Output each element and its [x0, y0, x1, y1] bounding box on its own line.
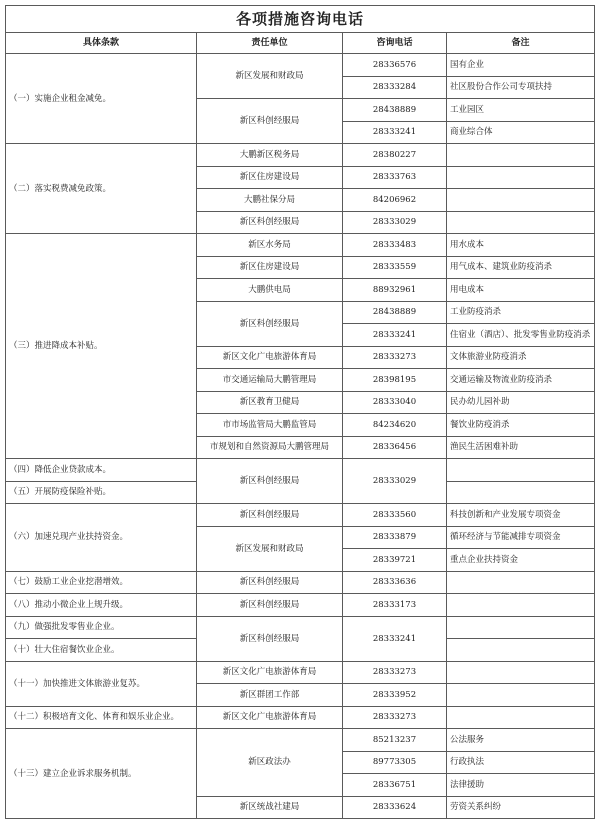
note-cell	[447, 189, 595, 212]
note-cell: 重点企业扶持资金	[447, 549, 595, 572]
phone-cell: 28333029	[343, 459, 447, 504]
phone-cell: 28333763	[343, 166, 447, 189]
contact-table: 各项措施咨询电话 具体条款 责任单位 咨询电话 备注 （一）实施企业租金减免。新…	[5, 5, 595, 819]
unit-cell: 新区住房建设局	[197, 256, 343, 279]
note-cell	[447, 211, 595, 234]
note-cell: 文体旅游业防疫消杀	[447, 346, 595, 369]
phone-cell: 28333636	[343, 571, 447, 594]
note-cell: 法律援助	[447, 774, 595, 797]
phone-cell: 28333559	[343, 256, 447, 279]
note-cell	[447, 639, 595, 662]
phone-cell: 28333273	[343, 661, 447, 684]
phone-cell: 28333173	[343, 594, 447, 617]
unit-cell: 市交通运输局大鹏管理局	[197, 369, 343, 392]
note-cell: 行政执法	[447, 751, 595, 774]
clause-cell: （十一）加快推进文体旅游业复苏。	[6, 661, 197, 706]
clause-cell: （三）推进降成本补贴。	[6, 234, 197, 459]
phone-cell: 28333040	[343, 391, 447, 414]
unit-cell: 新区水务局	[197, 234, 343, 257]
note-cell: 用水成本	[447, 234, 595, 257]
phone-cell: 28398195	[343, 369, 447, 392]
note-cell	[447, 481, 595, 504]
note-cell: 用电成本	[447, 279, 595, 302]
clause-cell: （六）加速兑现产业扶持资金。	[6, 504, 197, 572]
phone-cell: 28438889	[343, 301, 447, 324]
note-cell: 民办幼儿园补助	[447, 391, 595, 414]
note-cell: 社区股份合作公司专项扶持	[447, 76, 595, 99]
unit-cell: 新区文化广电旅游体育局	[197, 706, 343, 729]
table-row: （九）做强批发零售业企业。新区科创经服局28333241	[6, 616, 595, 639]
note-cell: 科技创新和产业发展专项资金	[447, 504, 595, 527]
unit-cell: 新区政法办	[197, 729, 343, 797]
clause-cell: （十三）建立企业诉求服务机制。	[6, 729, 197, 819]
phone-cell: 28333241	[343, 616, 447, 661]
clause-cell: （九）做强批发零售业企业。	[6, 616, 197, 639]
unit-cell: 新区科创经服局	[197, 594, 343, 617]
note-cell	[447, 571, 595, 594]
note-cell	[447, 616, 595, 639]
phone-cell: 28333241	[343, 121, 447, 144]
phone-cell: 28438889	[343, 99, 447, 122]
phone-cell: 28333241	[343, 324, 447, 347]
clause-cell: （八）推动小微企业上规升级。	[6, 594, 197, 617]
note-cell: 餐饮业防疫消杀	[447, 414, 595, 437]
note-cell: 渔民生活困难补助	[447, 436, 595, 459]
clause-cell: （七）鼓励工业企业挖潜增效。	[6, 571, 197, 594]
unit-cell: 新区科创经服局	[197, 504, 343, 527]
clause-cell: （五）开展防疫保险补贴。	[6, 481, 197, 504]
note-cell: 工业防疫消杀	[447, 301, 595, 324]
note-cell	[447, 594, 595, 617]
clause-cell: （一）实施企业租金减免。	[6, 54, 197, 144]
unit-cell: 新区科创经服局	[197, 99, 343, 144]
table-row: （一）实施企业租金减免。新区发展和财政局28336576国有企业	[6, 54, 595, 77]
clause-cell: （四）降低企业贷款成本。	[6, 459, 197, 482]
unit-cell: 新区科创经服局	[197, 459, 343, 504]
note-cell	[447, 661, 595, 684]
note-cell: 公法服务	[447, 729, 595, 752]
phone-cell: 84234620	[343, 414, 447, 437]
phone-cell: 28333273	[343, 706, 447, 729]
phone-cell: 28336576	[343, 54, 447, 77]
header-phone: 咨询电话	[343, 33, 447, 54]
phone-cell: 28380227	[343, 144, 447, 167]
page-title: 各项措施咨询电话	[6, 6, 595, 33]
table-row: （十三）建立企业诉求服务机制。新区政法办85213237公法服务	[6, 729, 595, 752]
unit-cell: 新区住房建设局	[197, 166, 343, 189]
unit-cell: 新区科创经服局	[197, 301, 343, 346]
unit-cell: 大鹏社保分局	[197, 189, 343, 212]
header-row: 具体条款 责任单位 咨询电话 备注	[6, 33, 595, 54]
table-row: （七）鼓励工业企业挖潜增效。新区科创经服局28333636	[6, 571, 595, 594]
table-body: （一）实施企业租金减免。新区发展和财政局28336576国有企业28333284…	[6, 54, 595, 819]
phone-cell: 28336456	[343, 436, 447, 459]
table-row: （十二）积极培育文化、体育和娱乐业企业。新区文化广电旅游体育局28333273	[6, 706, 595, 729]
phone-cell: 28333879	[343, 526, 447, 549]
note-cell	[447, 166, 595, 189]
phone-cell: 84206962	[343, 189, 447, 212]
table-row: （二）落实税费减免政策。大鹏新区税务局28380227	[6, 144, 595, 167]
phone-cell: 89773305	[343, 751, 447, 774]
phone-cell: 28333273	[343, 346, 447, 369]
table-row: （八）推动小微企业上规升级。新区科创经服局28333173	[6, 594, 595, 617]
note-cell: 交通运输及物流业防疫消杀	[447, 369, 595, 392]
phone-cell: 28339721	[343, 549, 447, 572]
phone-cell: 28336751	[343, 774, 447, 797]
header-unit: 责任单位	[197, 33, 343, 54]
unit-cell: 新区发展和财政局	[197, 54, 343, 99]
clause-cell: （十）壮大住宿餐饮业企业。	[6, 639, 197, 662]
contact-table-document: 各项措施咨询电话 具体条款 责任单位 咨询电话 备注 （一）实施企业租金减免。新…	[5, 5, 594, 819]
phone-cell: 28333952	[343, 684, 447, 707]
unit-cell: 市规划和自然资源局大鹏管理局	[197, 436, 343, 459]
unit-cell: 新区科创经服局	[197, 571, 343, 594]
unit-cell: 大鹏新区税务局	[197, 144, 343, 167]
clause-cell: （二）落实税费减免政策。	[6, 144, 197, 234]
unit-cell: 新区发展和财政局	[197, 526, 343, 571]
unit-cell: 新区科创经服局	[197, 211, 343, 234]
phone-cell: 28333483	[343, 234, 447, 257]
note-cell	[447, 144, 595, 167]
phone-cell: 28333624	[343, 796, 447, 819]
unit-cell: 新区群团工作部	[197, 684, 343, 707]
phone-cell: 28333284	[343, 76, 447, 99]
note-cell: 循环经济与节能减排专项资金	[447, 526, 595, 549]
phone-cell: 28333560	[343, 504, 447, 527]
note-cell	[447, 684, 595, 707]
clause-cell: （十二）积极培育文化、体育和娱乐业企业。	[6, 706, 197, 729]
phone-cell: 88932961	[343, 279, 447, 302]
note-cell: 劳资关系纠纷	[447, 796, 595, 819]
unit-cell: 新区科创经服局	[197, 616, 343, 661]
unit-cell: 新区文化广电旅游体育局	[197, 346, 343, 369]
note-cell: 工业园区	[447, 99, 595, 122]
title-row: 各项措施咨询电话	[6, 6, 595, 33]
table-row: （六）加速兑现产业扶持资金。新区科创经服局28333560科技创新和产业发展专项…	[6, 504, 595, 527]
note-cell	[447, 706, 595, 729]
table-row: （四）降低企业贷款成本。新区科创经服局28333029	[6, 459, 595, 482]
unit-cell: 新区教育卫健局	[197, 391, 343, 414]
phone-cell: 85213237	[343, 729, 447, 752]
table-row: （三）推进降成本补贴。新区水务局28333483用水成本	[6, 234, 595, 257]
note-cell: 商业综合体	[447, 121, 595, 144]
table-row: （十一）加快推进文体旅游业复苏。新区文化广电旅游体育局28333273	[6, 661, 595, 684]
note-cell	[447, 459, 595, 482]
unit-cell: 大鹏供电局	[197, 279, 343, 302]
note-cell: 住宿业（酒店）、批发零售业防疫消杀	[447, 324, 595, 347]
unit-cell: 新区文化广电旅游体育局	[197, 661, 343, 684]
header-clause: 具体条款	[6, 33, 197, 54]
note-cell: 用气成本、建筑业防疫消杀	[447, 256, 595, 279]
header-note: 备注	[447, 33, 595, 54]
unit-cell: 市市场监管局大鹏监管局	[197, 414, 343, 437]
phone-cell: 28333029	[343, 211, 447, 234]
note-cell: 国有企业	[447, 54, 595, 77]
unit-cell: 新区统战社建局	[197, 796, 343, 819]
